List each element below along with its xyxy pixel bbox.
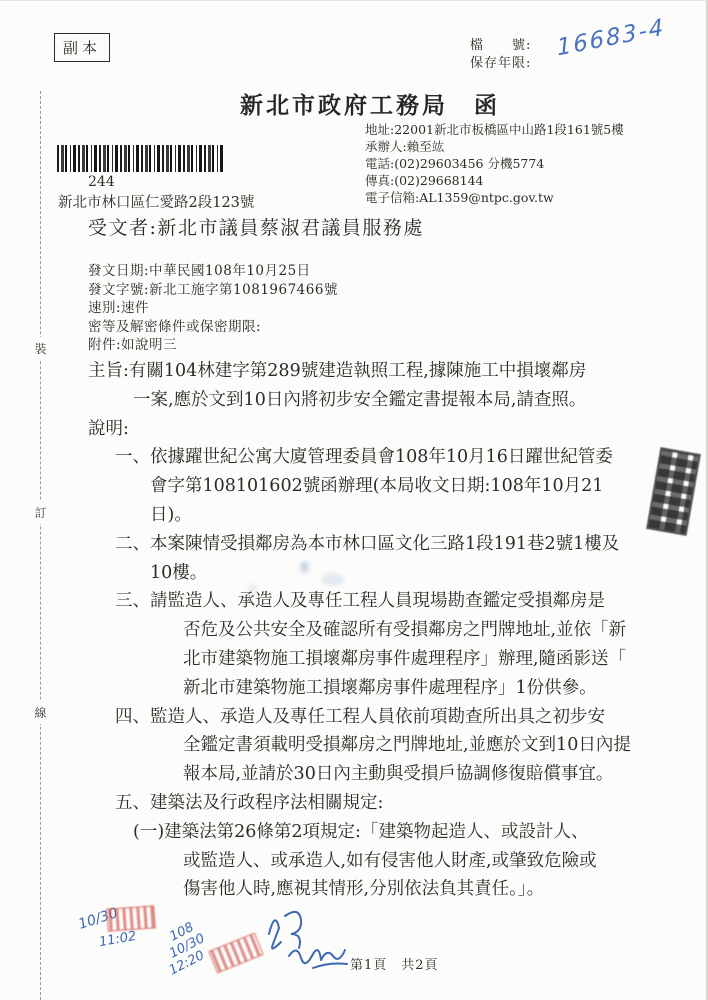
- body-line: 新北市建築物施工損壞鄰房事件處理程序」1份供參。: [183, 674, 700, 703]
- handwritten-file-number: 16683-4: [556, 14, 666, 61]
- body-line: 說明:: [88, 415, 700, 444]
- body-line: (一)建築法第26條第2項規定:「建築物起造人、或設計人、: [133, 818, 700, 847]
- priority: 速別:速件: [88, 299, 338, 318]
- mailing-address: 新北市林口區仁愛路2段123號: [58, 191, 254, 212]
- contact-phone: 電話:(02)29603456 分機5774: [365, 155, 624, 172]
- agency-address: 地址:22001新北市板橋區中山路1段161號5樓: [365, 121, 624, 138]
- ink-smudge: [322, 573, 344, 586]
- red-stamp-1: [106, 905, 155, 931]
- issue-date: 發文日期:中華民國108年10月25日: [88, 262, 338, 281]
- body-line: 北市建築物施工損壞鄰房事件處理程序」辦理,隨函影送「: [183, 645, 700, 674]
- recipient-line: 受文者:新北市議員蔡淑君議員服務處: [88, 213, 424, 240]
- ink-smudge: [300, 561, 309, 573]
- scanned-letter-page: 裝 訂 線 副本 檔 號: 保存年限: 16683-4 新北市政府工務局 函 地…: [0, 0, 708, 1000]
- body-line: 一案,應於文到10日內將初步安全鑑定書提報本局,請查照。: [133, 386, 700, 415]
- handwritten-signature: [255, 904, 365, 979]
- body-line: 否危及公共安全及確認所有受損鄰房之門牌地址,並依「新: [183, 616, 700, 645]
- page-footer: 第1頁 共2頁: [350, 954, 439, 973]
- body-line: 或監造人、或承造人,如有侵害他人財產,或肇致危險或: [183, 847, 700, 876]
- contact-person: 承辦人:賴至竑: [365, 138, 624, 155]
- meta-block: 發文日期:中華民國108年10月25日 發文字號:新北工施字第108196746…: [88, 262, 338, 355]
- body-line: 全鑑定書須載明受損鄰房之門牌地址,並應於文到10日內提: [183, 731, 700, 760]
- body-line: 會字第108101602號函辦理(本局收文日期:108年10月21: [150, 472, 700, 501]
- copy-stamp: 副本: [54, 33, 110, 62]
- issue-number: 發文字號:新北工施字第1081967466號: [88, 281, 338, 300]
- file-number-block: 檔 號: 保存年限:: [470, 37, 531, 73]
- postal-code: 244: [88, 174, 115, 190]
- contact-fax: 傳真:(02)29668144: [365, 172, 624, 189]
- body-line: 二、本案陳情受損鄰房為本市林口區文化三路1段191巷2號1樓及: [115, 530, 700, 559]
- body-line: 一、依據躍世紀公寓大廈管理委員會108年10月16日躍世紀管委: [115, 443, 700, 472]
- body-line: 五、建築法及行政程序法相關規定:: [115, 789, 700, 818]
- ink-smudge: [248, 585, 258, 592]
- handwritten-note-1-time: 11:02: [98, 929, 138, 950]
- security-level: 密等及解密條件或保密期限:: [88, 318, 338, 337]
- contact-email: 電子信箱:AL1359@ntpc.gov.tw: [365, 189, 624, 206]
- body-line: 傷害他人時,應視其情形,分別依法負其責任。」。: [183, 875, 700, 904]
- agency-contact-block: 地址:22001新北市板橋區中山路1段161號5樓 承辦人:賴至竑 電話:(02…: [365, 121, 624, 206]
- barcode: [57, 145, 225, 172]
- body-line: 日)。: [150, 501, 700, 530]
- body-line: 10樓。: [150, 559, 700, 588]
- body-line: 報本局,並請於30日內主動與受損戶協調修復賠償事宜。: [183, 760, 700, 789]
- body-line: 主旨:有關104林建字第289號建造執照工程,據陳施工中損壞鄰房: [88, 357, 700, 386]
- retention-label: 保存年限:: [470, 55, 531, 73]
- body-line: 三、請監造人、承造人及專任工程人員現場勘查鑑定受損鄰房是: [115, 587, 700, 616]
- letter-body: 主旨:有關104林建字第289號建造執照工程,據陳施工中損壞鄰房 一案,應於文到…: [0, 357, 700, 904]
- body-line: 四、監造人、承造人及專任工程人員依前項勘查所出具之初步安: [115, 703, 700, 732]
- document-title: 新北市政府工務局 函: [0, 87, 706, 120]
- handwritten-note-2: 108 10/30 12:20: [167, 918, 214, 971]
- attachment: 附件:如說明三: [88, 336, 338, 355]
- file-no-label: 檔 號:: [470, 37, 531, 55]
